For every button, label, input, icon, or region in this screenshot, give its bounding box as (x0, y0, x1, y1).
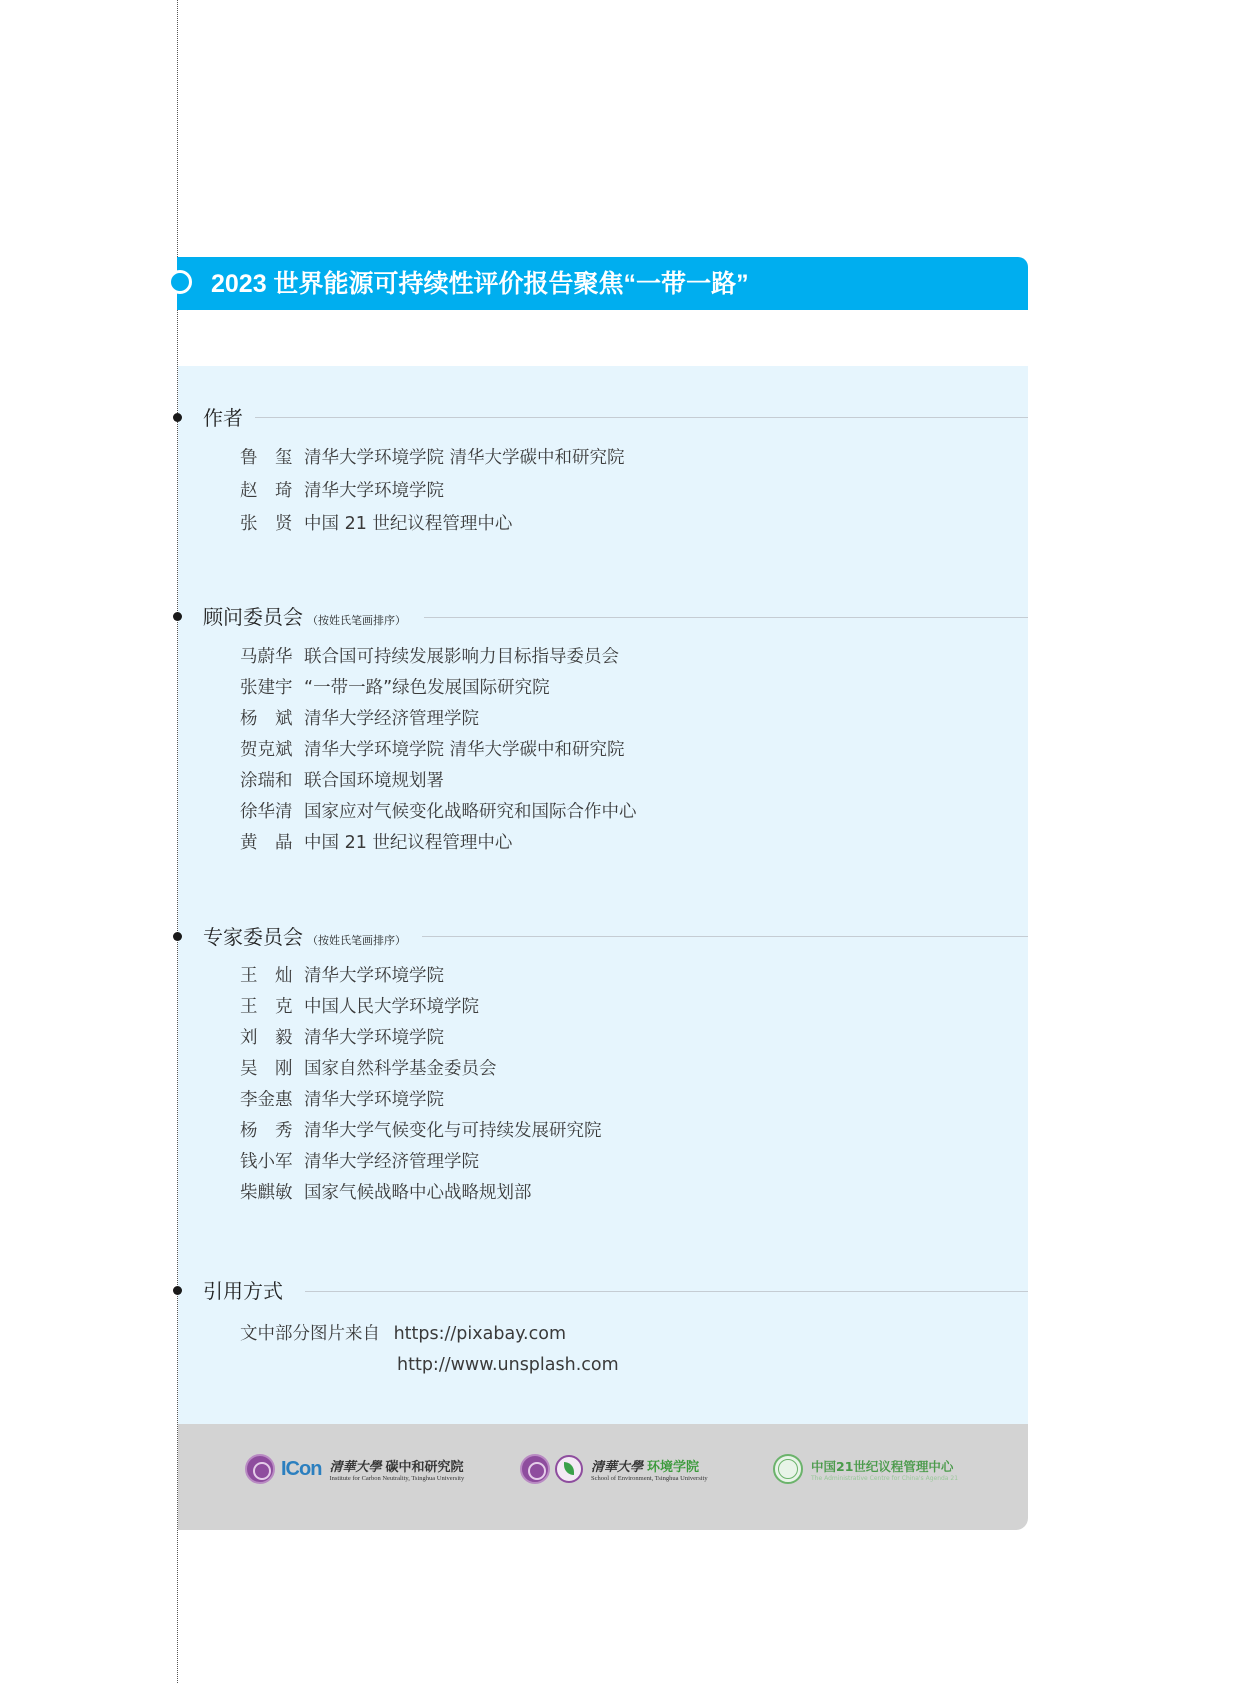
person-org: 清华大学气候变化与可持续发展研究院 (304, 1121, 602, 1141)
logo-agenda21-centre: 中国21世纪议程管理中心 The Administrative Centre f… (773, 1447, 958, 1491)
list-item: 鲁 玺清华大学环境学院 清华大学碳中和研究院 (240, 446, 625, 470)
section-title: 顾问委员会（按姓氏笔画排序） (203, 602, 406, 636)
list-item: 徐华清国家应对气候变化战略研究和国际合作中心 (240, 800, 637, 824)
person-name: 赵 琦 (240, 479, 298, 503)
section-divider (255, 417, 1028, 418)
list-item: 吴 刚国家自然科学基金委员会 (240, 1057, 497, 1081)
list-item: 钱小军清华大学经济管理学院 (240, 1150, 479, 1174)
person-org: “一带一路”绿色发展国际研究院 (304, 678, 550, 698)
logo-script-text: 清華大學 (591, 1460, 643, 1475)
list-item: 李金惠清华大学环境学院 (240, 1088, 444, 1112)
title-circle-icon (168, 270, 192, 294)
person-name: 黄 晶 (240, 831, 298, 855)
list-item: 黄 晶中国 21 世纪议程管理中心 (240, 831, 512, 855)
section-title: 专家委员会（按姓氏笔画排序） (203, 922, 406, 956)
person-name: 王 灿 (240, 964, 298, 988)
section-title-text: 专家委员会 (203, 925, 303, 949)
list-item: 王 克中国人民大学环境学院 (240, 995, 479, 1019)
person-org: 中国 21 世纪议程管理中心 (304, 514, 512, 534)
section-note: （按姓氏笔画排序） (307, 934, 406, 947)
citation-label: 文中部分图片来自 (240, 1324, 380, 1344)
person-org: 清华大学环境学院 清华大学碳中和研究院 (304, 448, 625, 468)
person-name: 李金惠 (240, 1088, 298, 1112)
list-item: 赵 琦清华大学环境学院 (240, 479, 444, 503)
citation-line: http://www.unsplash.com (397, 1353, 619, 1377)
bullet-icon (173, 1286, 182, 1295)
list-item: 张建宇“一带一路”绿色发展国际研究院 (240, 676, 550, 700)
person-name: 刘 毅 (240, 1026, 298, 1050)
list-item: 刘 毅清华大学环境学院 (240, 1026, 444, 1050)
logo-en-text: School of Environment, Tsinghua Universi… (591, 1475, 708, 1482)
person-org: 清华大学环境学院 (304, 1028, 444, 1048)
person-org: 国家应对气候变化战略研究和国际合作中心 (304, 802, 637, 822)
environment-leaf-icon (555, 1455, 583, 1483)
globe-icon (773, 1454, 803, 1484)
section-note: （按姓氏笔画排序） (307, 614, 406, 627)
person-org: 国家气候战略中心战略规划部 (304, 1183, 532, 1203)
list-item: 杨 秀清华大学气候变化与可持续发展研究院 (240, 1119, 602, 1143)
person-org: 清华大学经济管理学院 (304, 1152, 479, 1172)
logo-cn-text: 碳中和研究院 (385, 1460, 463, 1475)
person-name: 贺克斌 (240, 738, 298, 762)
person-name: 张建宇 (240, 676, 298, 700)
page-title: 2023 世界能源可持续性评价报告聚焦“一带一路” (211, 264, 749, 304)
section-divider (424, 617, 1028, 618)
list-item: 贺克斌清华大学环境学院 清华大学碳中和研究院 (240, 738, 625, 762)
list-item: 涂瑞和联合国环境规划署 (240, 769, 444, 793)
person-org: 中国 21 世纪议程管理中心 (304, 833, 512, 853)
logo-script-text: 清華大學 (329, 1460, 381, 1475)
person-name: 钱小军 (240, 1150, 298, 1174)
person-name: 涂瑞和 (240, 769, 298, 793)
person-name: 王 克 (240, 995, 298, 1019)
bullet-icon (173, 413, 182, 422)
citation-link-pixabay[interactable]: https://pixabay.com (394, 1324, 566, 1344)
person-name: 杨 秀 (240, 1119, 298, 1143)
logo-cn-text: 中国21世纪议程管理中心 (811, 1457, 958, 1475)
logo-carbon-neutrality-institute: ICon 清華大學碳中和研究院 Institute for Carbon Neu… (245, 1447, 464, 1491)
person-org: 国家自然科学基金委员会 (304, 1059, 497, 1079)
logo-cn-text: 环境学院 (647, 1460, 699, 1475)
section-title: 作者 (203, 403, 243, 433)
person-name: 马蔚华 (240, 645, 298, 669)
tsinghua-seal-icon (520, 1454, 550, 1484)
person-org: 清华大学环境学院 (304, 1090, 444, 1110)
person-org: 联合国可持续发展影响力目标指导委员会 (304, 647, 619, 667)
person-name: 鲁 玺 (240, 446, 298, 470)
section-title-text: 作者 (203, 406, 243, 430)
section-divider (305, 1291, 1028, 1292)
section-divider (422, 936, 1028, 937)
section-title: 引用方式 (203, 1276, 283, 1306)
list-item: 张 贤中国 21 世纪议程管理中心 (240, 512, 512, 536)
person-name: 徐华清 (240, 800, 298, 824)
person-name: 吴 刚 (240, 1057, 298, 1081)
list-item: 柴麒敏国家气候战略中心战略规划部 (240, 1181, 532, 1205)
person-org: 清华大学环境学院 清华大学碳中和研究院 (304, 740, 625, 760)
list-item: 杨 斌清华大学经济管理学院 (240, 707, 479, 731)
tsinghua-seal-icon (245, 1454, 275, 1484)
logo-en-text: The Administrative Centre for China's Ag… (811, 1475, 958, 1482)
logo-en-text: Institute for Carbon Neutrality, Tsinghu… (329, 1475, 464, 1482)
section-title-text: 引用方式 (203, 1279, 283, 1303)
person-name: 柴麒敏 (240, 1181, 298, 1205)
list-item: 马蔚华联合国可持续发展影响力目标指导委员会 (240, 645, 619, 669)
person-org: 清华大学经济管理学院 (304, 709, 479, 729)
logo-school-of-environment: 清華大學环境学院 School of Environment, Tsinghua… (520, 1447, 708, 1491)
list-item: 王 灿清华大学环境学院 (240, 964, 444, 988)
bullet-icon (173, 932, 182, 941)
person-org: 清华大学环境学院 (304, 481, 444, 501)
person-name: 杨 斌 (240, 707, 298, 731)
section-title-text: 顾问委员会 (203, 605, 303, 629)
citation-line: 文中部分图片来自 https://pixabay.com (240, 1322, 566, 1346)
person-org: 中国人民大学环境学院 (304, 997, 479, 1017)
person-org: 联合国环境规划署 (304, 771, 444, 791)
bullet-icon (173, 612, 182, 621)
person-org: 清华大学环境学院 (304, 966, 444, 986)
person-name: 张 贤 (240, 512, 298, 536)
icon-logo-mark: ICon (281, 1458, 321, 1481)
citation-link-unsplash[interactable]: http://www.unsplash.com (397, 1355, 619, 1375)
